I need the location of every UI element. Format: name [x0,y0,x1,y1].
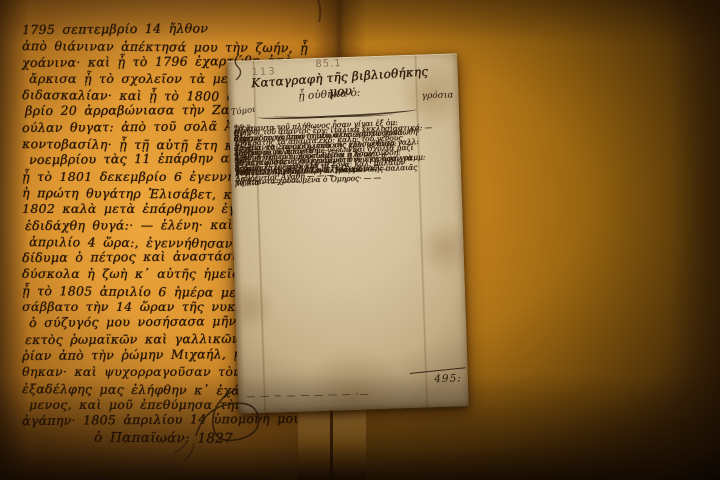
column-header-volumes: Τόμοι [230,105,256,118]
row-price: 130: [235,168,259,182]
total-value: 495: [434,372,462,385]
archive-number-center: 85.1 [315,58,342,70]
column-header-grosia: γρόσια [421,90,453,101]
ledger-sheet: 113 85.1 Καταγραφὴ τῆς βιβλιοθήκης μου ᾖ… [227,53,469,413]
ledger-rows: 10: Τὰ ἅπαντα τοῦ πλήθωνος ἦσαν γίγαι ἑξ… [233,116,458,173]
manuscript-photo: 1795 σεπτεμβρίο 14 ἤλθονἀπὸ θιάνιναν ἀπέ… [0,0,720,480]
handwriting-line: 1795 σεπτεμβρίο 14 ἤλθον [22,19,357,38]
bottom-dashes: — — ~ — — — — — ·— [246,388,446,403]
